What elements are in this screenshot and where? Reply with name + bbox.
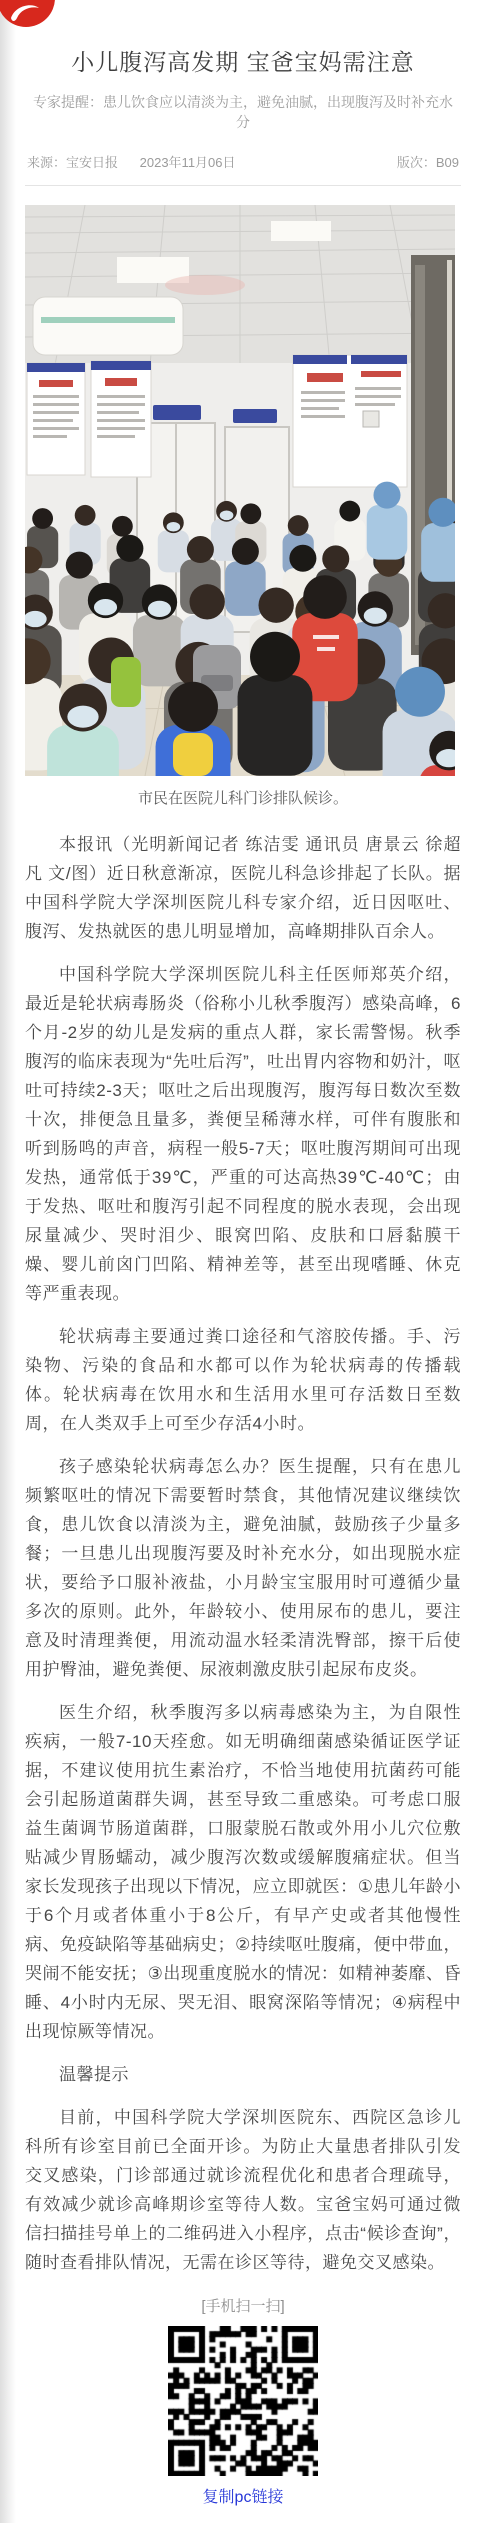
- scan-hint-label: [手机扫一扫]: [0, 2295, 486, 2316]
- source-label: 来源：宝安日报: [27, 155, 118, 170]
- article-paragraph: 轮状病毒主要通过粪口途径和气溶胶传播。手、污染物、污染的食品和水都可以作为轮状病…: [25, 1322, 461, 1438]
- article-paragraph: 本报讯（光明新闻记者 练洁雯 通讯员 唐景云 徐超凡 文/图）近日秋意渐凉，医院…: [25, 830, 461, 946]
- logo-swoosh-icon: [7, 0, 45, 24]
- source-and-date: 来源：宝安日报 2023年11月06日: [27, 152, 254, 171]
- article-paragraph: 医生介绍，秋季腹泻多以病毒感染为主，为自限性疾病，一般7-10天痊愈。如无明确细…: [25, 1698, 461, 2046]
- copy-pc-link-button[interactable]: 复制pc链接: [203, 2484, 284, 2507]
- header-divider: [25, 185, 461, 186]
- hospital-queue-photo: [25, 205, 455, 776]
- article-body: 本报讯（光明新闻记者 练洁雯 通讯员 唐景云 徐超凡 文/图）近日秋意渐凉，医院…: [0, 808, 486, 2277]
- photo-caption: 市民在医院儿科门诊排队候诊。: [0, 787, 486, 808]
- article-header: 小儿腹泻高发期 宝爸宝妈需注意 专家提醒：患儿饮食应以清淡为主，避免油腻，出现腹…: [0, 0, 486, 186]
- expert-tip-subtitle: 专家提醒：患儿饮食应以清淡为主，避免油腻，出现腹泻及时补充水分: [0, 92, 486, 132]
- article-photo: [25, 205, 461, 776]
- article-meta: 来源：宝安日报 2023年11月06日 版次：B09: [0, 152, 486, 171]
- article-paragraph: 中国科学院大学深圳医院儿科主任医师郑英介绍，最近是轮状病毒肠炎（俗称小儿秋季腹泻…: [25, 960, 461, 1308]
- article-paragraph: 孩子感染轮状病毒怎么办？医生提醒，只有在患儿频繁呕吐的情况下需要暂时禁食，其他情…: [25, 1452, 461, 1684]
- article-paragraph: 目前，中国科学院大学深圳医院东、西院区急诊儿科所有诊室目前已全面开诊。为防止大量…: [25, 2103, 461, 2277]
- article-footer: [手机扫一扫] 复制pc链接: [0, 2295, 486, 2523]
- qr-code: [168, 2326, 318, 2476]
- publish-date: 2023年11月06日: [140, 155, 236, 170]
- edition-label: 版次：B09: [397, 152, 459, 171]
- article-paragraph: 温馨提示: [25, 2060, 461, 2089]
- page-title: 小儿腹泻高发期 宝爸宝妈需注意: [0, 48, 486, 78]
